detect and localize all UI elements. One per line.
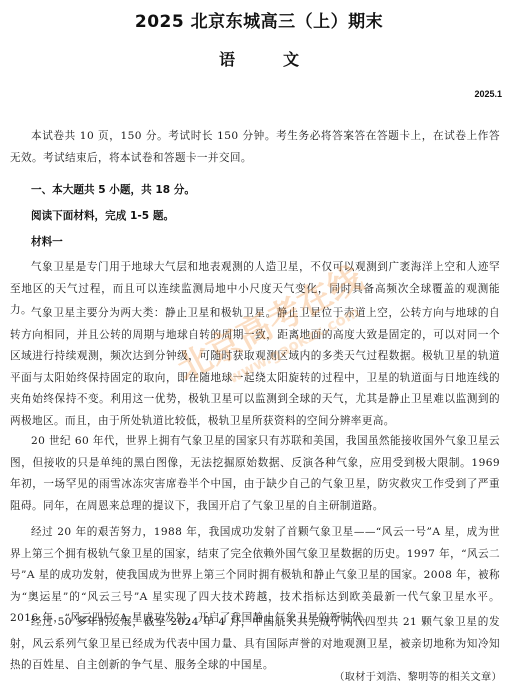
exam-instructions: 本试卷共 10 页，150 分。考试时长 150 分钟。考生务必将答案答在答题卡… <box>10 126 500 169</box>
subject-char: 语 <box>219 47 235 70</box>
paragraph-3: 20 世纪 60 年代，世界上拥有气象卫星的国家只有苏联和美国，我国虽然能接收国… <box>10 431 500 517</box>
exam-title: 2025 北京东城高三（上）期末 <box>0 7 518 32</box>
source-citation: （取材于刘浩、黎明等的相关文章） <box>334 668 502 683</box>
material-label: 材料一 <box>31 234 63 249</box>
subject-title: 语文 <box>0 47 518 70</box>
section-heading: 一、本大题共 5 小题，共 18 分。 <box>31 182 195 197</box>
paragraph-2: 气象卫星主要分为两大类：静止卫星和极轨卫星。静止卫星位于赤道上空，公转方向与地球… <box>10 303 500 432</box>
reading-directive: 阅读下面材料，完成 1-5 题。 <box>31 208 174 223</box>
paragraph-5: 经过 50 多年的发展，截至 2024 年 4 月，中国航天共完成了两代四型共 … <box>10 612 500 677</box>
exam-date: 2025.1 <box>474 89 502 99</box>
exam-page: 2025 北京东城高三（上）期末 语文 2025.1 本试卷共 10 页，150… <box>0 0 518 690</box>
subject-char: 文 <box>283 47 299 70</box>
